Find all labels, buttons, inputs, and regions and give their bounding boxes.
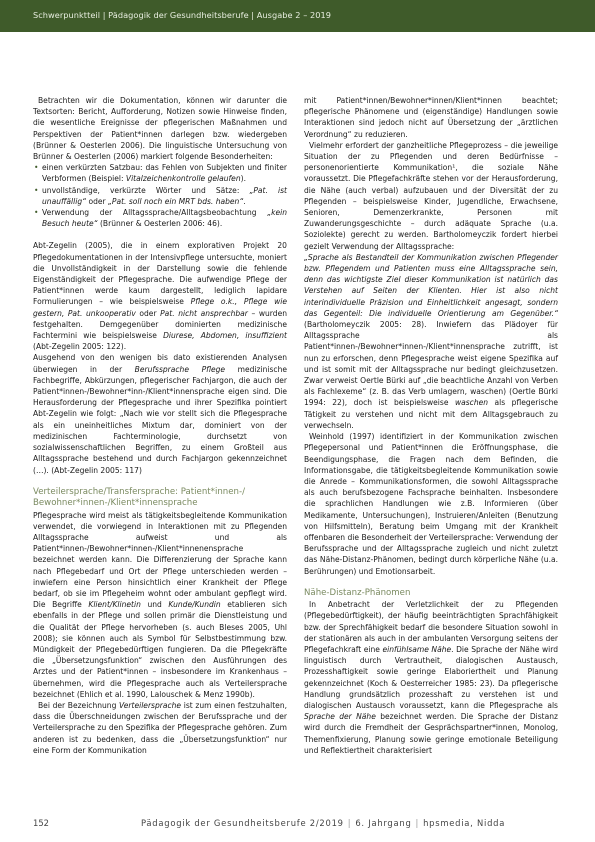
paragraph: mit Patient*innen/Bewohner*innen/Klient*… (304, 95, 558, 140)
paragraph: Weinhold (1997) identifiziert in der Kom… (304, 431, 558, 577)
term: Verteilersprache (119, 701, 181, 710)
text: medizinische Fachbegriffe, Abkürzungen, … (33, 365, 287, 475)
term: Sprache der Nähe (304, 712, 376, 721)
term: Berufssprache Pflege (135, 365, 225, 374)
paragraph: In Anbetracht der Verletzlichkeit der zu… (304, 599, 558, 756)
term: Kunde/Kundin (168, 600, 220, 609)
text: (Bartholomeyczik 2005: 28). Inwiefern da… (304, 320, 558, 407)
page-footer: 152 Pädagogik der Gesundheitsberufe 2/20… (0, 818, 595, 832)
text: etablieren sich ebenfalls in der Pflege … (33, 600, 287, 699)
term: waschen (455, 398, 488, 407)
text: Pflegesprache wird meist als tätigkeitsb… (33, 511, 287, 610)
bullet-item: einen verkürzten Satzbau: das Fehlen von… (33, 162, 287, 184)
section-heading: Nähe-Distanz-Phänomen (304, 588, 558, 599)
example: Diurese, Abdomen, insuffizient (163, 331, 287, 340)
paragraph: Pflegesprache wird meist als tätigkeitsb… (33, 510, 287, 700)
bullet-item: unvollständige, verkürzte Wörter und Sät… (33, 185, 287, 207)
text: oder (136, 309, 160, 318)
paragraph: Vielmehr erfordert der ganzheitliche Pfl… (304, 140, 558, 252)
right-column: mit Patient*innen/Bewohner*innen/Klient*… (304, 95, 558, 756)
bullet-text: (Brünner & Oesterlen 2006: 46). (98, 219, 223, 228)
footer-info: Pädagogik der Gesundheitsberufe 2/2019|6… (141, 818, 505, 828)
paragraph: Betrachten wir die Dokumentation, können… (33, 95, 287, 162)
text: Bei der Bezeichnung (38, 701, 119, 710)
term: Klient/Klinetin (88, 600, 140, 609)
bullet-example: Vitalzeichenkontrolle gelaufen (126, 174, 241, 183)
bullet-text: oder (86, 197, 108, 206)
paragraph: Ausgehend von den wenigen bis dato exist… (33, 352, 287, 475)
header-running-title: Schwerpunktteil | Pädagogik der Gesundhe… (33, 10, 331, 20)
bullet-example: „Pat. soll noch ein MRT bds. haben“ (108, 197, 243, 206)
paragraph: „Sprache als Bestandteil der Kommunikati… (304, 252, 558, 431)
bullet-text: unvollständige, verkürzte Wörter und Sät… (42, 186, 249, 195)
paragraph: Abt-Zegelin (2005), die in einem explora… (33, 240, 287, 352)
text: und (141, 600, 169, 609)
publisher: hpsmedia, Nidda (423, 818, 505, 828)
bullet-text: . (243, 197, 245, 206)
paragraph: Bei der Bezeichnung Verteilersprache ist… (33, 700, 287, 756)
volume: 6. Jahrgang (355, 818, 411, 828)
example: Pat. nicht ansprechbar (160, 309, 248, 318)
bullet-text: Verwendung der Alltagssprache/Alltagsbeo… (42, 208, 267, 217)
bullet-text: ). (241, 174, 246, 183)
bullet-item: Verwendung der Alltagssprache/Alltagsbeo… (33, 207, 287, 229)
text: . Die Sprache der Nähe wird linguistisch… (304, 645, 558, 710)
term: einfühlsame Nähe (382, 645, 451, 654)
section-heading: Verteilersprache/Transfersprache: Patien… (33, 487, 287, 510)
bullet-list: einen verkürzten Satzbau: das Fehlen von… (33, 162, 287, 229)
block-quote: „Sprache als Bestandteil der Kommunikati… (304, 253, 558, 318)
left-column: Betrachten wir die Dokumentation, können… (33, 95, 287, 756)
separator: | (412, 818, 424, 828)
text: (Abt-Zegelin 2005: 122). (33, 342, 126, 351)
page-number: 152 (33, 818, 49, 828)
page-header: Schwerpunktteil | Pädagogik der Gesundhe… (0, 0, 595, 32)
separator: | (344, 818, 356, 828)
journal-title: Pädagogik der Gesundheitsberufe 2/2019 (141, 818, 344, 828)
